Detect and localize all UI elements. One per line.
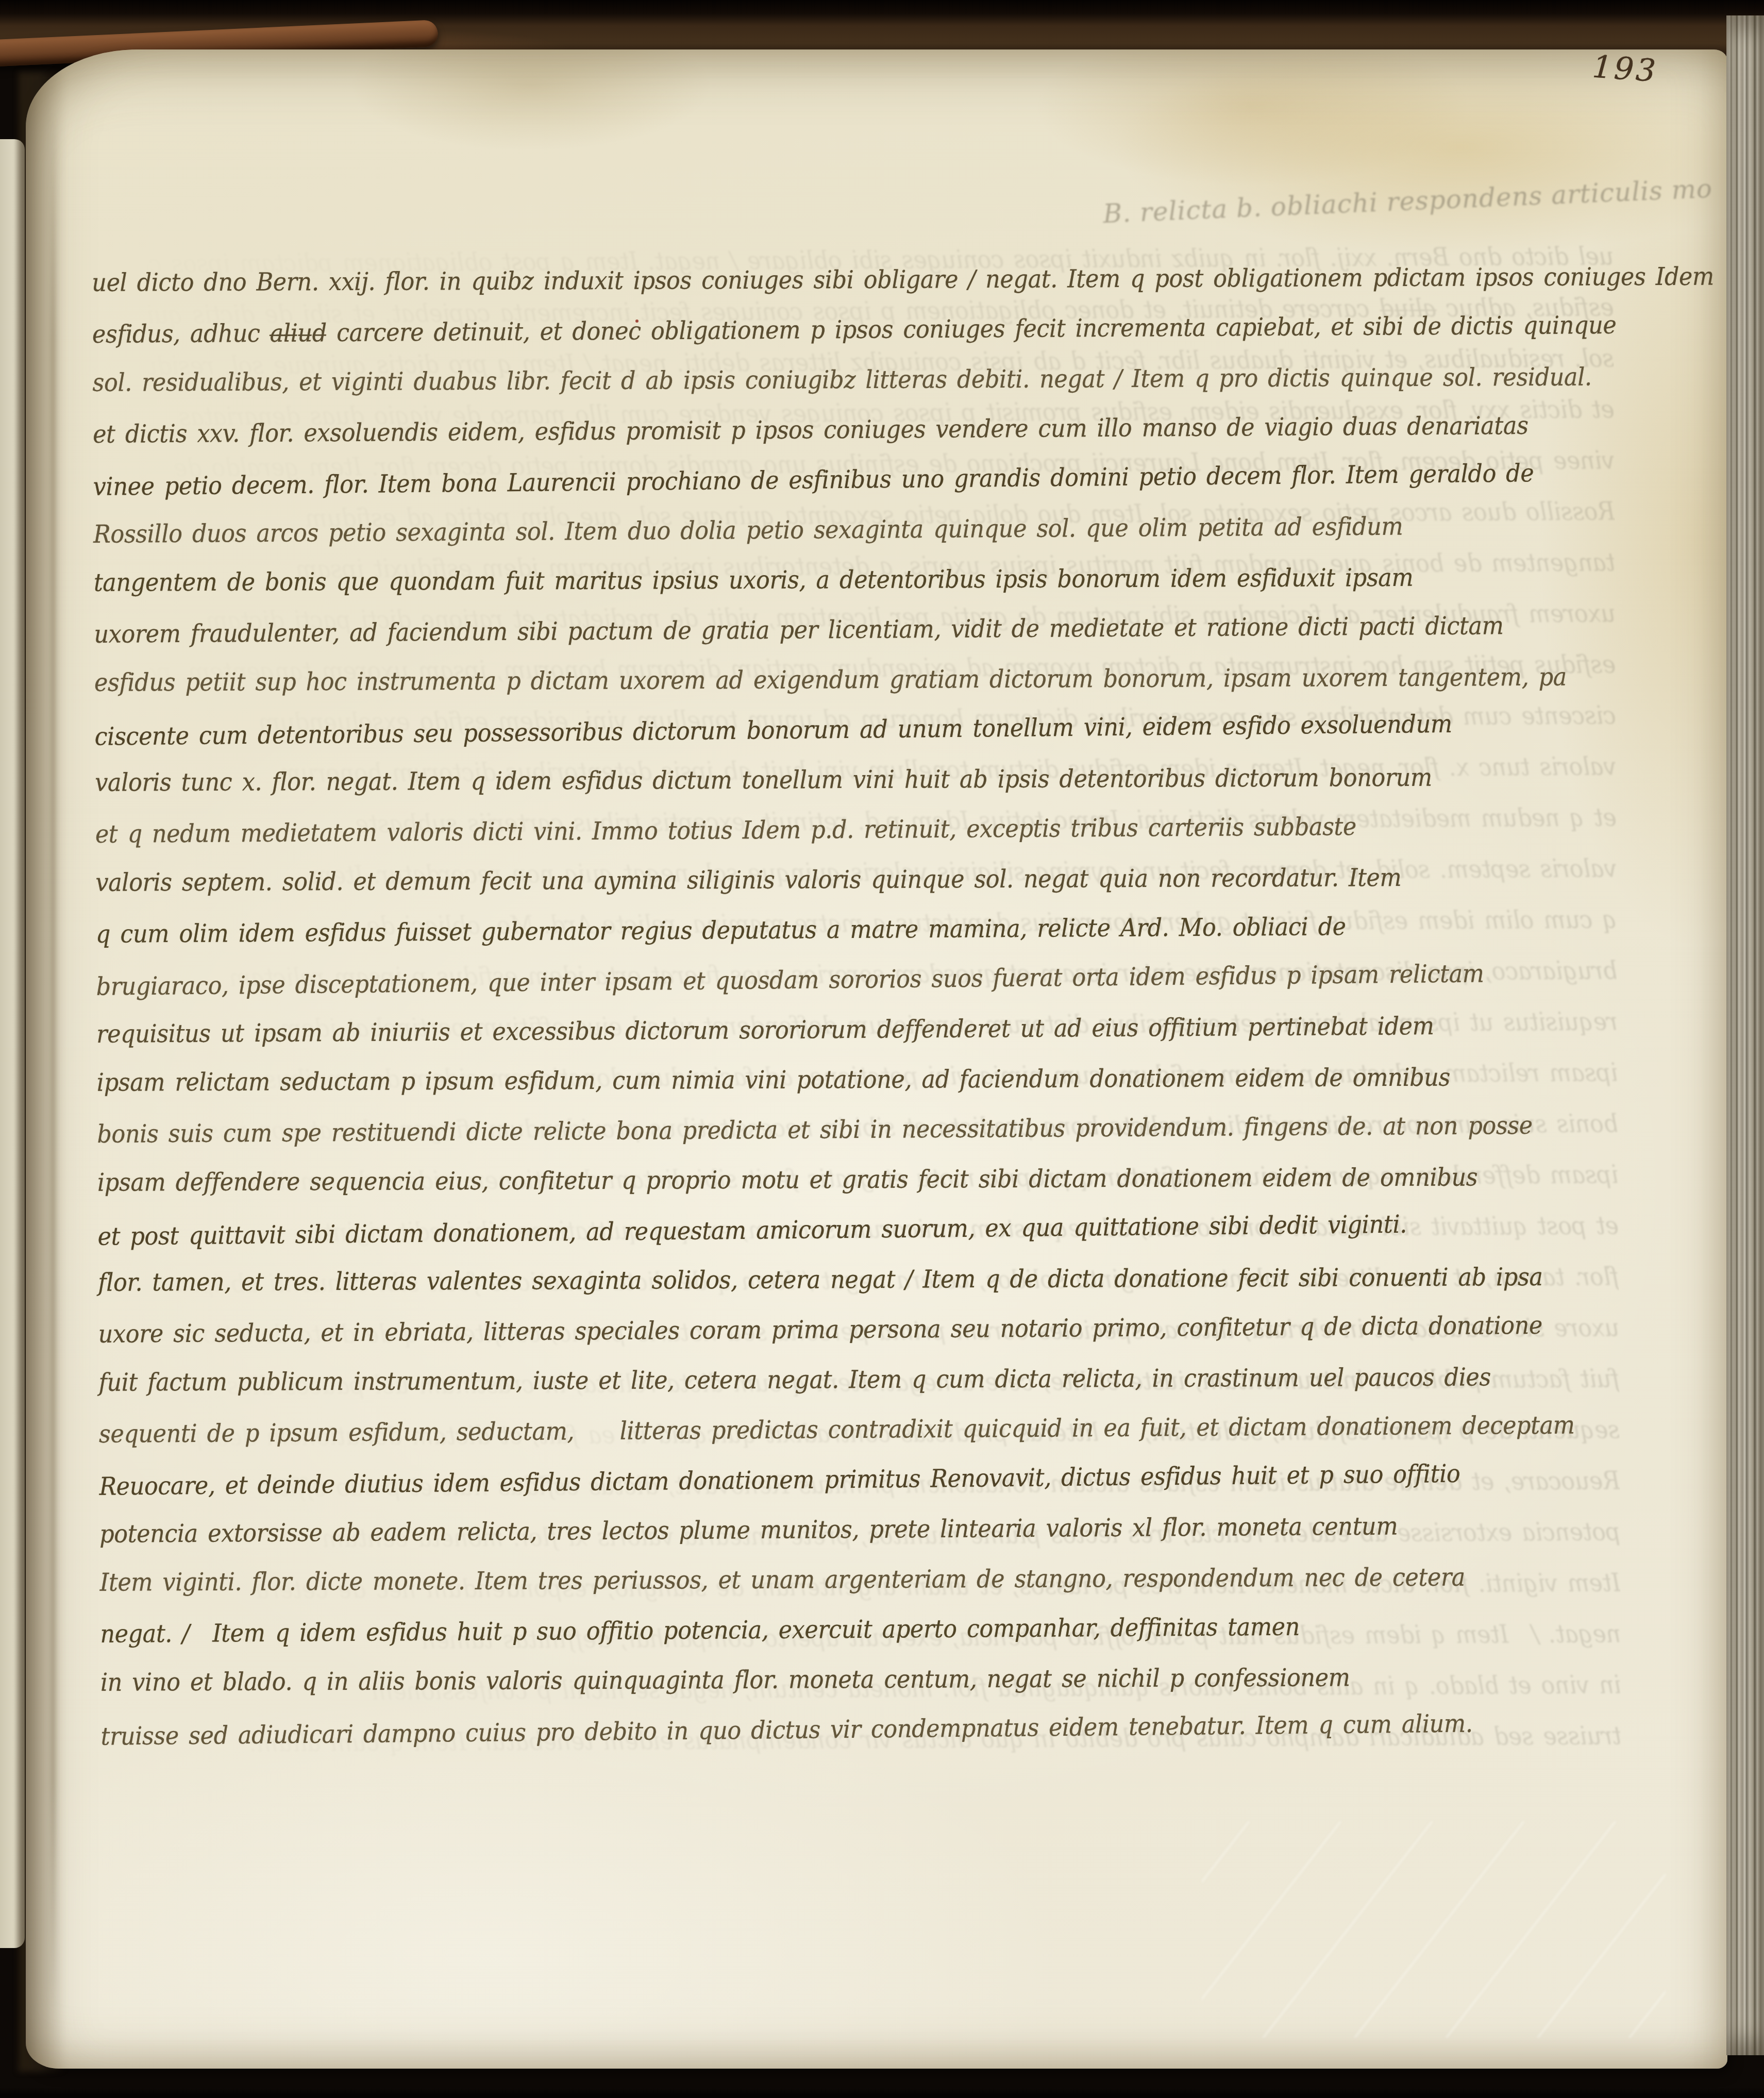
text-line: fuit factum publicum instrumentum, iuste…	[98, 1352, 1565, 1408]
text-line: Item viginti. flor. dicte monete. Item t…	[99, 1552, 1566, 1608]
text-line: flor. tamen, et tres. litteras valentes …	[98, 1252, 1565, 1308]
text-line: bonis suis cum spe restituendi dicte rel…	[97, 1101, 1564, 1160]
text-line: uxore sic seducta, et in ebriata, litter…	[98, 1301, 1565, 1359]
text-line: tangentem de bonis que quondam fuit mari…	[94, 552, 1560, 608]
text-line: sol. residualibus, et viginti duabus lib…	[92, 353, 1559, 408]
parchment-page: 193 B. relicta b. obliachi respondens ar…	[26, 49, 1727, 2069]
manuscript-text: uel dicto dno Bern. xxij. flor. in quibz…	[92, 251, 1568, 1759]
text-line: negat. / Item q idem esfidus huit p suo …	[100, 1601, 1567, 1659]
text-line: ipsam relictam seductam p ipsum esfidum,…	[97, 1052, 1564, 1108]
text-line: in vino et blado. q in aliis bonis valor…	[100, 1652, 1567, 1708]
faded-inscription: B. relicta b. obliachi respondens articu…	[1102, 175, 1701, 229]
text-line: uel dicto dno Bern. xxij. flor. in quibz…	[92, 253, 1558, 308]
text-line: ciscente cum detentoribus seu possessori…	[94, 698, 1561, 762]
text-line: et q nedum medietatem valoris dicti vini…	[95, 801, 1562, 860]
text-line: esfidus petiit sup hoc instrumenta p dic…	[94, 652, 1561, 708]
manuscript-photo: 193 B. relicta b. obliachi respondens ar…	[0, 0, 1764, 2098]
text-line: et post quittavit sibi dictam donationem…	[97, 1198, 1565, 1262]
text-line: esfidus, adhuc a̶l̶i̶u̶d̶ carcere detinu…	[92, 301, 1559, 360]
page-gutter	[19, 72, 66, 2072]
text-line: ipsam deffendere sequencia eius, confite…	[97, 1152, 1564, 1208]
text-line: uxorem fraudulenter, ad faciendum sibi p…	[94, 601, 1560, 660]
ink-speck	[635, 320, 639, 323]
text-line: valoris tunc x. flor. negat. Item q idem…	[95, 752, 1561, 808]
text-line: valoris septem. solid. et demum fecit un…	[95, 852, 1562, 908]
fore-edge-pages	[1726, 15, 1764, 2055]
book-binding-bottom	[0, 2063, 1764, 2098]
folio-number: 193	[1591, 52, 1658, 87]
